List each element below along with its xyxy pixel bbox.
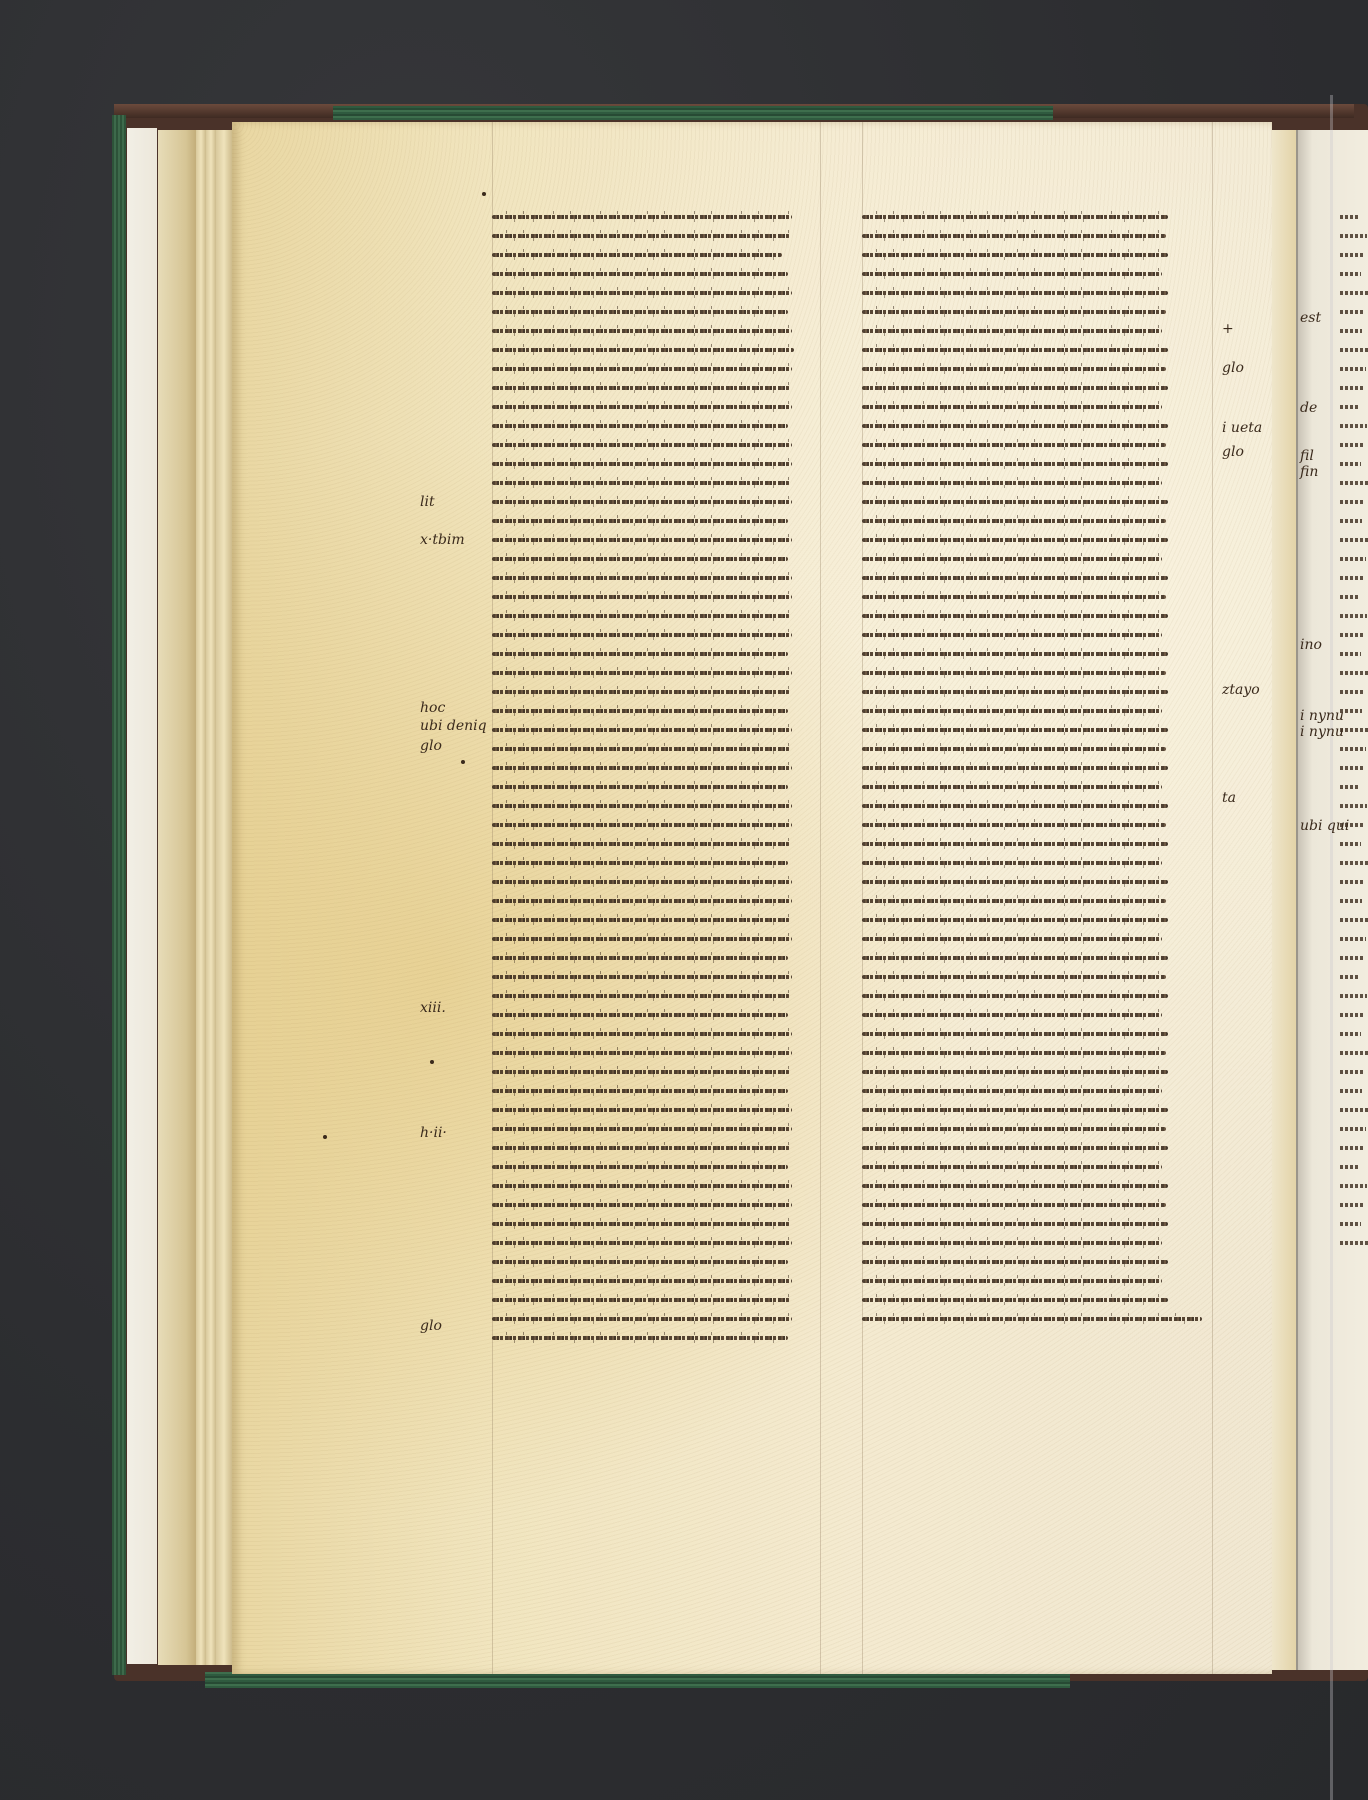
- text-line: [492, 994, 790, 998]
- facing-text-line: [1340, 348, 1368, 352]
- text-line: [862, 1146, 1168, 1150]
- facing-text-line: [1340, 1070, 1365, 1074]
- text-line: [862, 652, 1168, 656]
- facing-text-line: [1340, 424, 1367, 428]
- margin-gloss: i ueta: [1222, 420, 1262, 436]
- facing-text-line: [1340, 215, 1360, 219]
- text-line: [492, 633, 792, 637]
- text-line: [862, 576, 1168, 580]
- text-line: [862, 386, 1168, 390]
- text-line: [862, 633, 1162, 637]
- text-line: [492, 823, 792, 827]
- facing-text-line: [1340, 386, 1363, 390]
- text-line: [492, 671, 792, 675]
- text-line: [862, 557, 1162, 561]
- margin-gloss: +: [1222, 321, 1234, 337]
- text-line: [492, 1127, 792, 1131]
- facing-text-line: [1340, 1032, 1361, 1036]
- leaf-stub: [158, 130, 199, 1665]
- text-line: [492, 709, 788, 713]
- text-line: [492, 234, 790, 238]
- facing-text-line: [1340, 671, 1368, 675]
- margin-gloss: ino: [1300, 637, 1322, 653]
- text-line: [862, 348, 1168, 352]
- facing-text-line: [1340, 329, 1362, 333]
- text-line: [862, 785, 1162, 789]
- margin-gloss: glo: [420, 738, 442, 754]
- facing-text-line: [1340, 576, 1363, 580]
- facing-text-line: [1340, 1108, 1368, 1112]
- text-line: [492, 1165, 788, 1169]
- text-line: [862, 1051, 1166, 1055]
- leaf-stub: [216, 130, 233, 1665]
- margin-gloss: lit: [420, 494, 435, 510]
- text-line: [492, 956, 788, 960]
- text-line: [492, 1070, 790, 1074]
- margin-gloss: xiii.: [420, 1000, 446, 1016]
- facing-text-line: [1340, 956, 1363, 960]
- text-line: [862, 1089, 1162, 1093]
- margin-gloss: est: [1300, 310, 1321, 326]
- facing-text-line: [1340, 1165, 1360, 1169]
- text-line: [492, 1089, 788, 1093]
- text-line: [492, 443, 792, 447]
- facing-text-line: [1340, 310, 1365, 314]
- facing-text-line: [1340, 234, 1367, 238]
- text-line: [492, 937, 792, 941]
- text-line: [862, 728, 1168, 732]
- text-line: [492, 785, 788, 789]
- facing-text-line: [1340, 937, 1366, 941]
- text-line: [862, 823, 1166, 827]
- text-line: [492, 1032, 792, 1036]
- facing-text-line: [1340, 272, 1361, 276]
- margin-gloss: ta: [1222, 790, 1236, 806]
- facing-text-line: [1340, 1184, 1367, 1188]
- text-line: [492, 595, 792, 599]
- margin-gloss: ubi deniq: [420, 718, 487, 734]
- text-line: [492, 690, 790, 694]
- facing-text-line: [1340, 614, 1367, 618]
- text-column-right: [862, 215, 1202, 1336]
- facing-text-line: [1340, 405, 1360, 409]
- margin-gloss: hoc: [420, 700, 445, 716]
- margin-gloss: glo: [1222, 444, 1244, 460]
- text-line: [862, 1032, 1168, 1036]
- text-line: [862, 937, 1162, 941]
- spine-binding-left: [112, 115, 126, 1675]
- text-line: [492, 1222, 790, 1226]
- text-line: [862, 899, 1166, 903]
- text-line: [492, 291, 792, 295]
- text-line: [492, 918, 790, 922]
- margin-gloss: i nynu: [1300, 708, 1344, 724]
- facing-text-line: [1340, 1051, 1368, 1055]
- margin-gloss: fin: [1300, 464, 1318, 480]
- text-line: [862, 234, 1166, 238]
- text-line: [492, 614, 790, 618]
- text-line: [492, 253, 782, 257]
- text-line: [492, 804, 792, 808]
- text-line: [492, 1241, 792, 1245]
- text-line: [492, 728, 792, 732]
- text-line: [492, 1298, 790, 1302]
- margin-gloss: i nynu: [1300, 724, 1344, 740]
- facing-text-line: [1340, 462, 1361, 466]
- facing-text-line: [1340, 918, 1368, 922]
- facing-page-text: [1340, 215, 1368, 1260]
- facing-text-line: [1340, 500, 1365, 504]
- text-line: [492, 1260, 788, 1264]
- text-line: [862, 842, 1168, 846]
- binding-band-bottom: [205, 1672, 1070, 1688]
- facing-text-line: [1340, 880, 1365, 884]
- text-line: [862, 538, 1168, 542]
- margin-gloss: glo: [1222, 360, 1244, 376]
- margin-gloss: de: [1300, 400, 1317, 416]
- text-line: [492, 1108, 792, 1112]
- text-line: [862, 1108, 1168, 1112]
- facing-text-line: [1340, 481, 1368, 485]
- text-line: [862, 709, 1162, 713]
- text-line: [492, 310, 788, 314]
- text-line: [492, 538, 792, 542]
- facing-text-line: [1340, 1127, 1366, 1131]
- prick-mark: [323, 1135, 327, 1139]
- text-line: [492, 766, 792, 770]
- text-line: [492, 481, 790, 485]
- margin-gloss: ztayo: [1222, 682, 1260, 698]
- text-line: [862, 614, 1168, 618]
- text-line: [492, 576, 792, 580]
- text-line: [862, 367, 1166, 371]
- prick-mark: [482, 192, 486, 196]
- scan-edge-bar: [1330, 95, 1333, 1800]
- ruling-line: [1212, 122, 1213, 1674]
- text-line: [492, 1013, 788, 1017]
- facing-text-line: [1340, 994, 1367, 998]
- facing-text-line: [1340, 291, 1368, 295]
- text-line: [492, 1317, 792, 1321]
- text-line: [862, 443, 1166, 447]
- text-line: [862, 861, 1162, 865]
- text-line: [492, 1279, 792, 1283]
- facing-text-line: [1340, 557, 1366, 561]
- text-line: [862, 329, 1162, 333]
- margin-gloss: fil: [1300, 448, 1314, 464]
- paper-flyleaf: [127, 128, 157, 1664]
- text-line: [862, 1203, 1166, 1207]
- facing-text-line: [1340, 785, 1360, 789]
- gutter: [1272, 130, 1296, 1670]
- text-line: [492, 215, 792, 219]
- facing-text-line: [1340, 728, 1368, 732]
- facing-text-line: [1340, 538, 1368, 542]
- text-line: [862, 1184, 1168, 1188]
- text-line: [862, 500, 1168, 504]
- prick-mark: [430, 1060, 434, 1064]
- text-line: [492, 899, 792, 903]
- facing-text-line: [1340, 1013, 1364, 1017]
- facing-text-line: [1340, 1241, 1368, 1245]
- text-line: [862, 956, 1168, 960]
- text-line: [862, 462, 1168, 466]
- text-line: [492, 1051, 792, 1055]
- text-line: [492, 880, 792, 884]
- text-line: [862, 1127, 1166, 1131]
- text-line: [862, 766, 1168, 770]
- text-line: [862, 424, 1168, 428]
- text-line: [492, 462, 792, 466]
- text-line: [492, 747, 790, 751]
- facing-text-line: [1340, 861, 1368, 865]
- text-line: [492, 405, 792, 409]
- text-line: [862, 975, 1166, 979]
- text-line: [492, 519, 788, 523]
- facing-text-line: [1340, 1146, 1363, 1150]
- text-line: [862, 1260, 1168, 1264]
- facing-text-line: [1340, 1089, 1362, 1093]
- text-line: [862, 310, 1166, 314]
- text-line: [862, 1317, 1202, 1321]
- facing-text-line: [1340, 595, 1360, 599]
- facing-text-line: [1340, 519, 1362, 523]
- text-line: [862, 1222, 1168, 1226]
- text-line: [492, 386, 790, 390]
- text-line: [492, 348, 794, 352]
- text-line: [862, 804, 1168, 808]
- margin-gloss: x·tbim: [420, 532, 465, 548]
- text-line: [492, 424, 788, 428]
- text-column-left: [492, 215, 794, 1355]
- text-line: [862, 481, 1162, 485]
- text-line: [862, 1298, 1168, 1302]
- facing-text-line: [1340, 1203, 1364, 1207]
- facing-text-line: [1340, 1222, 1361, 1226]
- text-line: [492, 500, 792, 504]
- facing-text-line: [1340, 842, 1361, 846]
- text-line: [862, 1013, 1162, 1017]
- text-line: [862, 1279, 1162, 1283]
- text-line: [862, 1241, 1162, 1245]
- text-line: [492, 557, 788, 561]
- text-line: [862, 253, 1168, 257]
- text-line: [862, 595, 1166, 599]
- margin-gloss: ubi qui: [1300, 818, 1349, 834]
- text-line: [862, 880, 1168, 884]
- text-line: [862, 1165, 1162, 1169]
- text-line: [862, 918, 1168, 922]
- facing-text-line: [1340, 747, 1366, 751]
- text-line: [862, 671, 1166, 675]
- facing-text-line: [1340, 253, 1364, 257]
- facing-text-line: [1340, 766, 1363, 770]
- ruling-line: [820, 122, 821, 1674]
- text-line: [492, 329, 792, 333]
- text-line: [492, 1146, 790, 1150]
- facing-text-line: [1340, 804, 1367, 808]
- text-line: [492, 1336, 788, 1340]
- text-line: [862, 994, 1168, 998]
- binding-band-top: [333, 106, 1053, 120]
- text-line: [862, 215, 1168, 219]
- margin-gloss: glo: [420, 1318, 442, 1334]
- text-line: [862, 519, 1166, 523]
- text-line: [492, 1184, 792, 1188]
- facing-text-line: [1340, 443, 1364, 447]
- text-line: [862, 405, 1162, 409]
- facing-text-line: [1340, 899, 1362, 903]
- text-line: [492, 652, 788, 656]
- text-line: [862, 1070, 1168, 1074]
- text-line: [862, 291, 1168, 295]
- facing-text-line: [1340, 633, 1364, 637]
- text-line: [492, 1203, 792, 1207]
- text-line: [862, 272, 1162, 276]
- margin-gloss: h·ii·: [420, 1125, 447, 1141]
- facing-text-line: [1340, 652, 1361, 656]
- prick-mark: [461, 760, 465, 764]
- text-line: [492, 272, 788, 276]
- text-line: [492, 861, 788, 865]
- facing-text-line: [1340, 690, 1365, 694]
- text-line: [862, 690, 1168, 694]
- text-line: [492, 367, 792, 371]
- text-line: [492, 842, 790, 846]
- text-line: [492, 975, 792, 979]
- facing-text-line: [1340, 367, 1366, 371]
- text-line: [862, 747, 1166, 751]
- facing-text-line: [1340, 975, 1360, 979]
